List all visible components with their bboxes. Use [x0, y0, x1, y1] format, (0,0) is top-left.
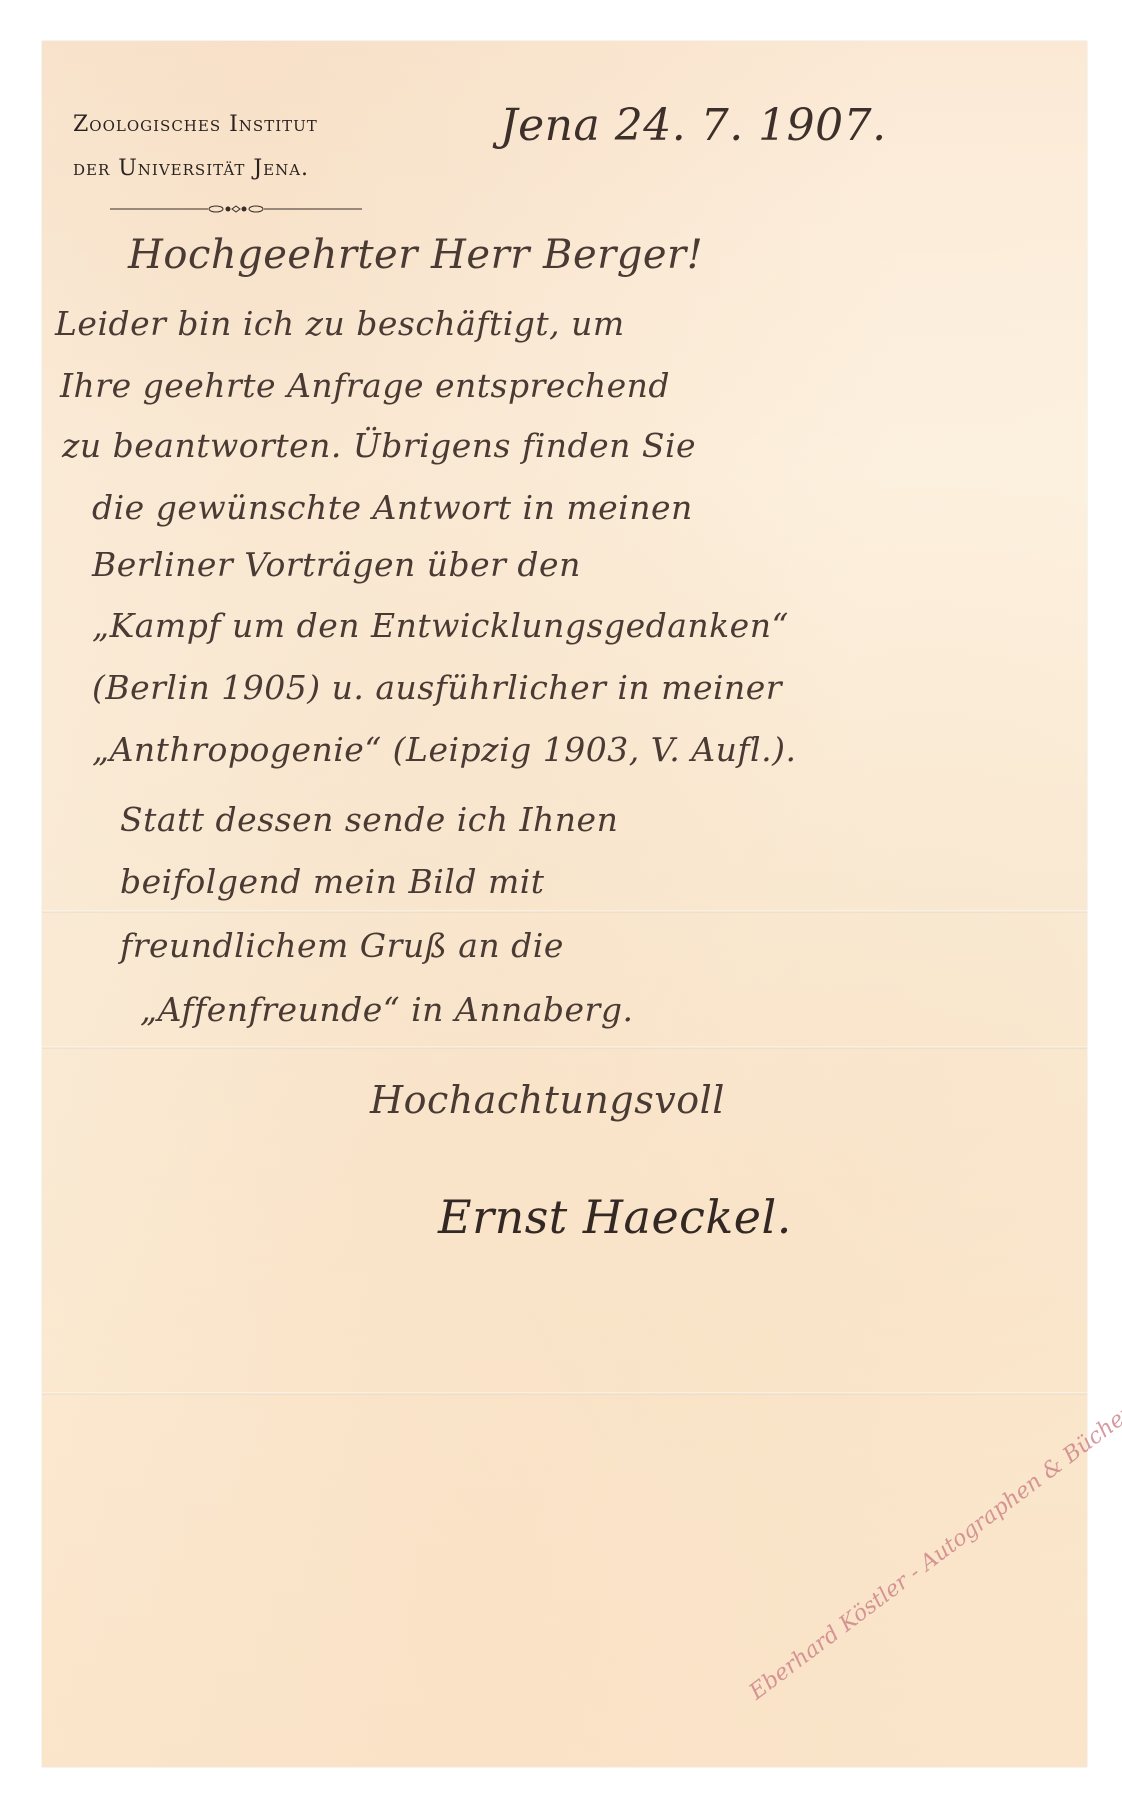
- body-line: beifolgend mein Bild mit: [120, 862, 545, 901]
- body-line: freundlichem Gruß an die: [120, 926, 564, 965]
- fold-line: [42, 1046, 1087, 1049]
- fold-line: [42, 910, 1087, 913]
- signature: Ernst Haeckel.: [438, 1190, 792, 1244]
- ornament-divider-icon: [110, 204, 362, 214]
- fold-line: [42, 1392, 1087, 1395]
- body-line: zu beantworten. Übrigens finden Sie: [62, 426, 696, 465]
- letterhead: Zoologisches Institut der Universität Je…: [73, 103, 318, 191]
- body-line: „Affenfreunde“ in Annaberg.: [140, 990, 633, 1029]
- closing: Hochachtungsvoll: [370, 1078, 725, 1122]
- body-line: Statt dessen sende ich Ihnen: [120, 800, 618, 839]
- body-line: Berliner Vorträgen über den: [92, 545, 581, 584]
- body-line: „Anthropogenie“ (Leipzig 1903, V. Aufl.)…: [92, 730, 796, 769]
- body-line: Ihre geehrte Anfrage entsprechend: [60, 366, 670, 405]
- body-line: die gewünschte Antwort in meinen: [92, 488, 693, 527]
- letter-date: Jena 24. 7. 1907.: [500, 100, 887, 151]
- salutation: Hochgeehrter Herr Berger!: [128, 232, 703, 278]
- letterhead-line-1: Zoologisches Institut: [73, 103, 318, 147]
- body-line: „Kampf um den Entwicklungsgedanken“: [92, 606, 789, 645]
- body-line: (Berlin 1905) u. ausführlicher in meiner: [92, 668, 782, 707]
- letterhead-line-2: der Universität Jena.: [73, 147, 318, 191]
- body-line: Leider bin ich zu beschäftigt, um: [55, 304, 625, 343]
- letter-sheet: [42, 41, 1087, 1767]
